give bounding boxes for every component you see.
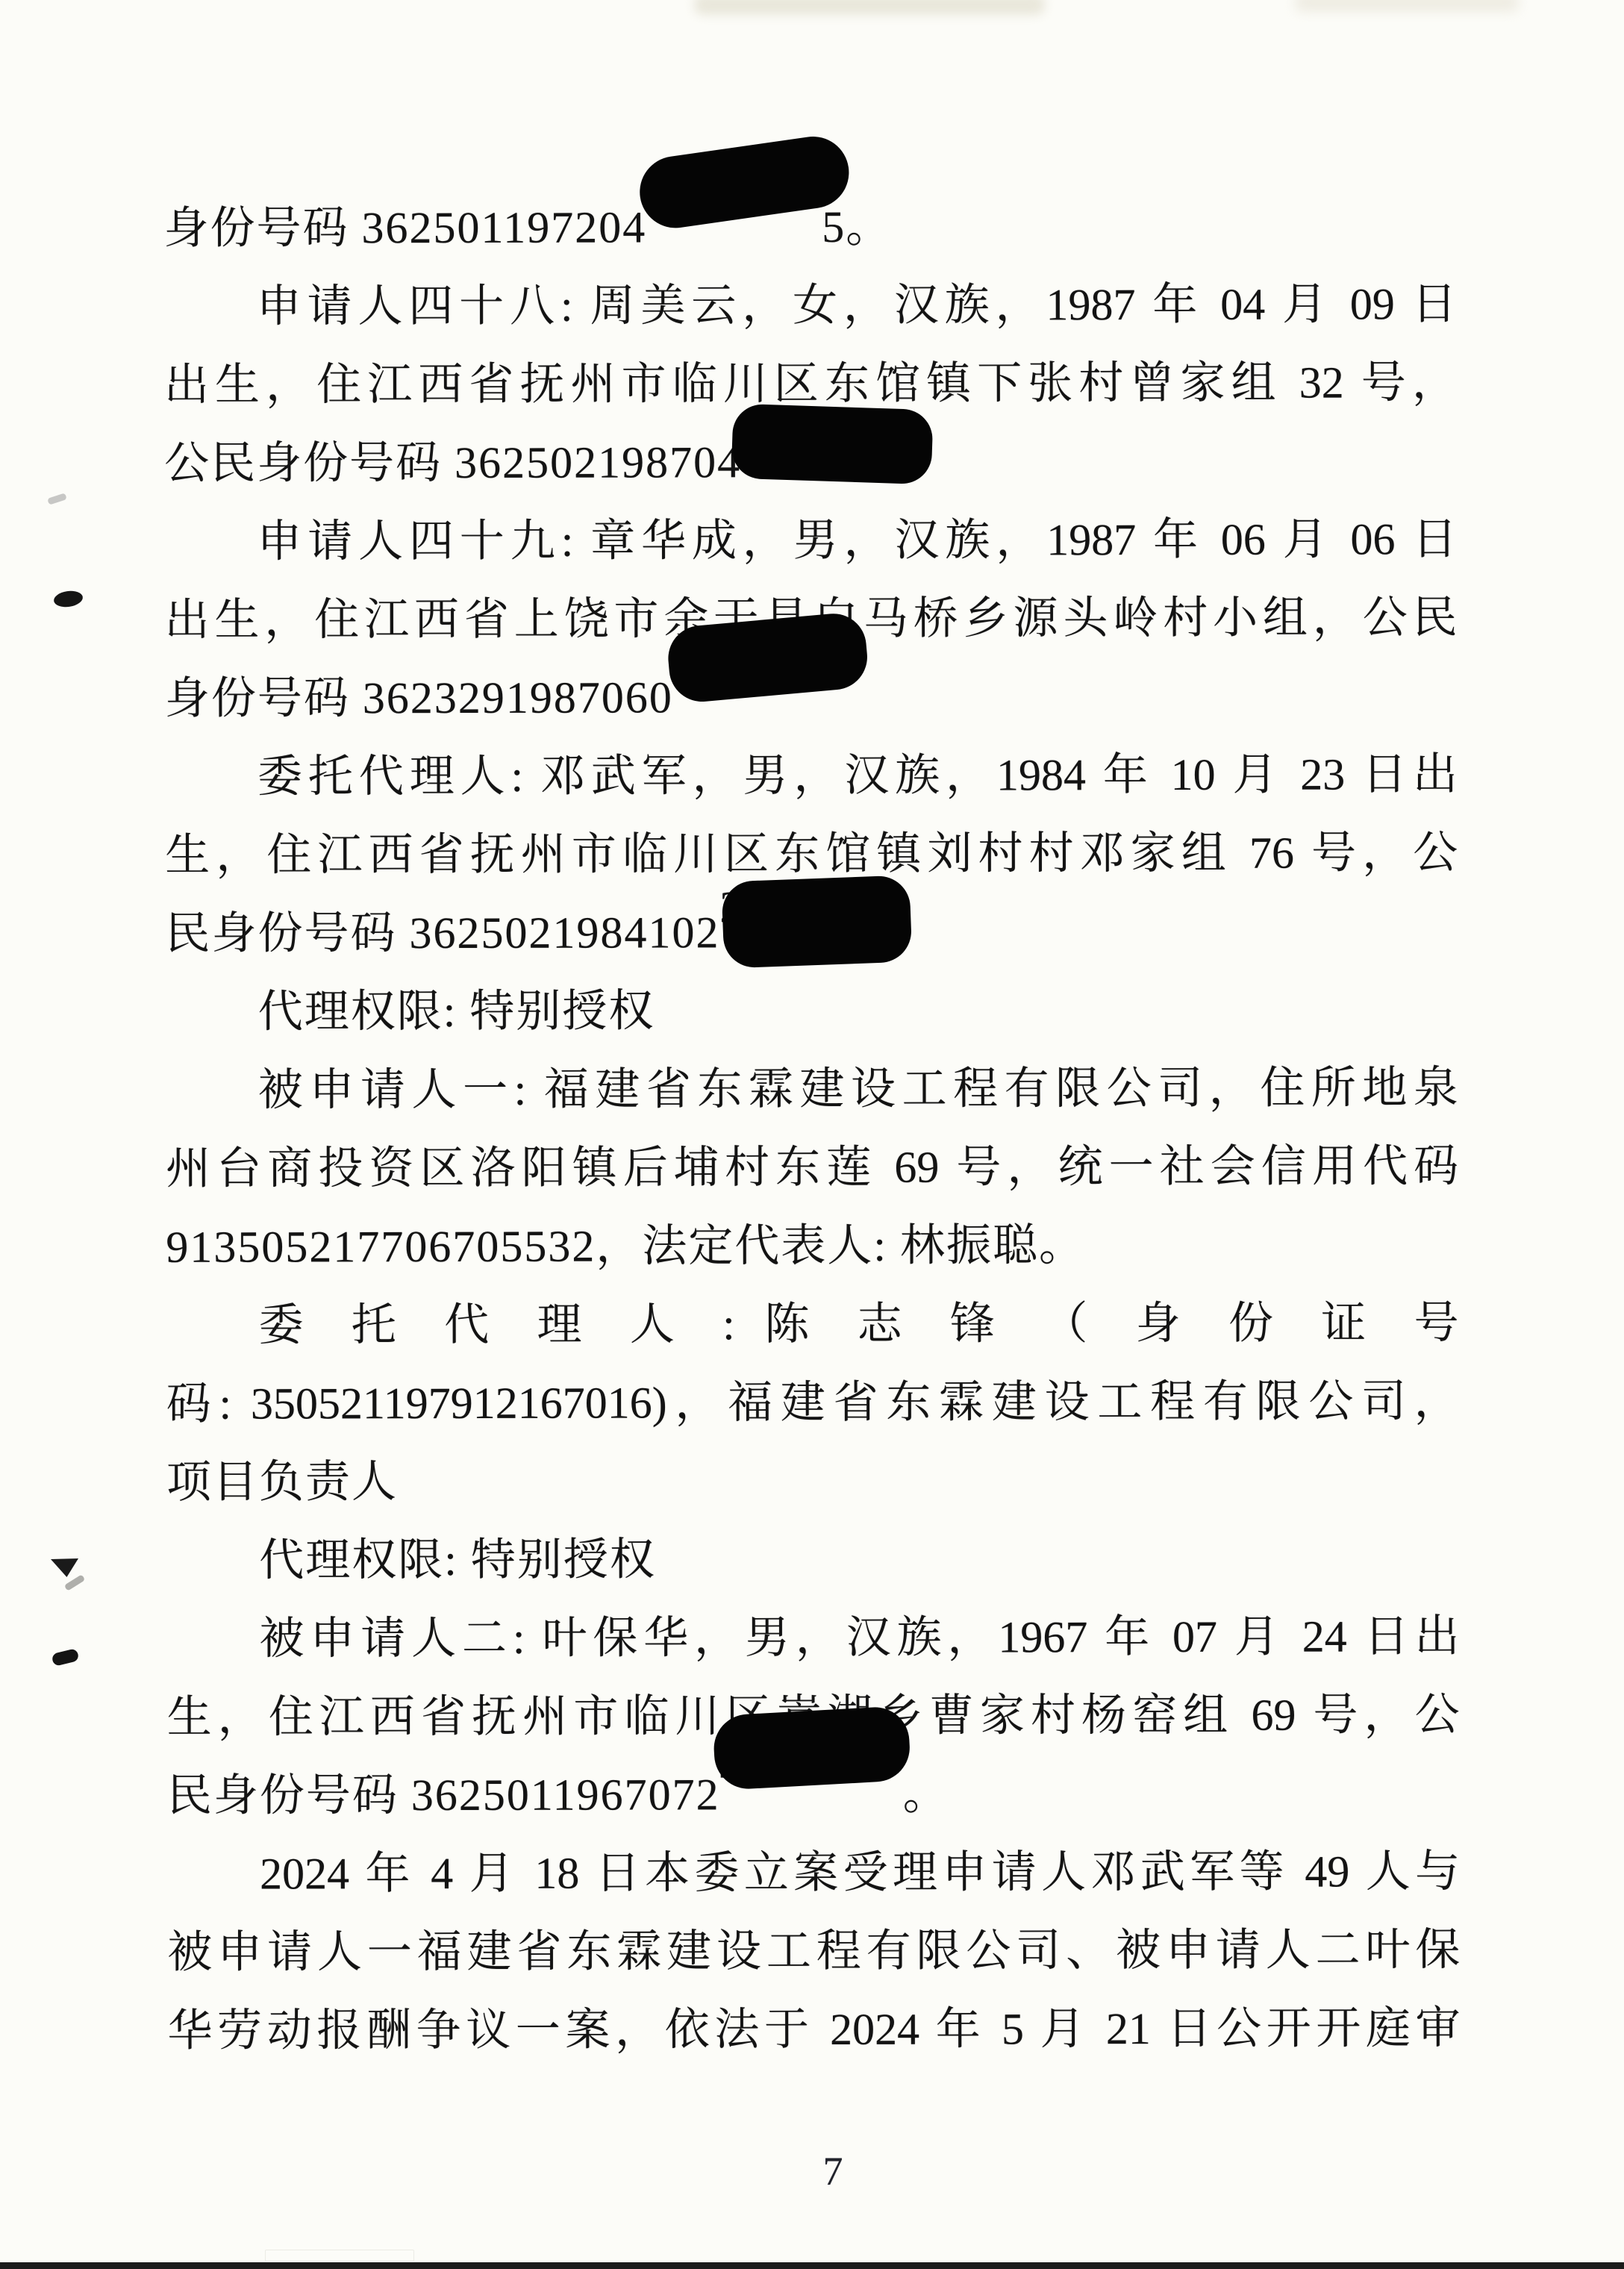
margin-dash-mark [51,1648,79,1667]
text-run: 身份号码 3623291987060 [165,672,673,722]
scan-smudge-top-left [694,0,1045,15]
text-line: 委托代理人: 邓武军，男，汉族，1984 年 10 月 23 日出 [165,735,1458,817]
margin-tick-mark [47,493,67,505]
text-run: 委 托 代 理 人 : 陈 志 锋 （ 身 份 证 号 [258,1298,1458,1349]
text-run: 被申请人一福建省东霖建设工程有限公司、被申请人二叶保 [167,1925,1460,1977]
text-run: 2024 年 4 月 18 日本委立案受理申请人邓武军等 49 人与 [260,1847,1460,1898]
text-line: 民身份号码 3625021984102236412 [165,892,1458,973]
redacted-id-digits: 236412 [719,902,906,948]
text-run: 被申请人二: 叶保华，男，汉族，1967 年 07 月 24 日出 [259,1611,1459,1663]
text-run: 被申请人一: 福建省东霖建设工程有限公司，住所地泉 [258,1063,1458,1114]
text-run: 身份号码 362501197204 [163,202,646,252]
text-run: 。 [903,1770,949,1819]
text-line: 身份号码 36232919870606 [165,657,1458,738]
margin-check-mark [51,1558,78,1577]
text-run: 913505217706705532，法定代表人: 林振聪。 [166,1220,1085,1272]
scan-edge-strip [0,2262,1624,2269]
text-run: 代理权限: 特别授权 [259,1535,656,1585]
page-number: 7 [0,2148,1624,2194]
text-run: 民身份号码 3625021984102 [165,908,719,958]
text-line: 公民身份号码 362502198704006407 [164,422,1457,503]
redacted-id-digits: 111 [646,197,822,242]
text-run: 公民身份号码 362502198704 [164,437,741,488]
text-run: 华劳动报酬争议一案，依法于 2024 年 5 月 21 日公开开庭审 [167,2003,1460,2056]
margin-dot-mark [53,589,84,608]
text-run: 申请人四十九: 章华成，男，汉族，1987 年 06 月 06 日 [257,514,1457,566]
redacted-id-digits: 43002 [720,1764,903,1810]
text-run: 项目负责人 [166,1457,398,1507]
text-run: 代理权限: 特别授权 [258,986,655,1036]
text-line: 身份号码 3625011972041115。 [163,187,1456,268]
text-line: 华劳动报酬争议一案，依法于 2024 年 5 月 21 日公开开庭审 [167,1989,1460,2070]
redaction-mark [731,404,934,485]
text-line: 委 托 代 理 人 : 陈 志 锋 （ 身 份 证 号 [166,1284,1458,1365]
redaction-mark [635,132,854,233]
text-line: 项目负责人 [166,1441,1459,1522]
text-line: 申请人四十九: 章华成，男，汉族，1987 年 06 月 06 日 [164,500,1457,581]
text-line: 州台商投资区洛阳镇后埔村东莲 69 号，统一社会信用代码 [166,1127,1458,1208]
text-run: 申请人四十八: 周美云，女，汉族，1987 年 04 月 09 日 [257,279,1457,331]
text-line: 2024 年 4 月 18 日本委立案受理申请人邓武军等 49 人与 [167,1832,1460,1914]
text-run: 委托代理人: 邓武军，男，汉族，1984 年 10 月 23 日出 [257,749,1458,801]
text-line: 被申请人一: 福建省东霖建设工程有限公司，住所地泉 [166,1049,1458,1130]
redacted-id-digits: 006407 [741,432,931,478]
scan-ghost-box [265,2250,414,2262]
redaction-mark [712,1705,911,1791]
text-block: 身份号码 3625011972041115。申请人四十八: 周美云，女，汉族，1… [163,187,1460,2070]
text-line: 913505217706705532，法定代表人: 林振聪。 [166,1205,1458,1287]
document-page: 身份号码 3625011972041115。申请人四十八: 周美云，女，汉族，1… [0,0,1624,2269]
redaction-mark [721,875,912,968]
text-line: 码: 350521197912167016)，福建省东霖建设工程有限公司， [166,1362,1459,1444]
text-run: 州台商投资区洛阳镇后埔村东莲 69 号，统一社会信用代码 [166,1141,1458,1193]
scan-smudge-top-right [1295,0,1519,12]
margin-slash-mark [64,1574,86,1591]
text-run: 码: 350521197912167016)，福建省东霖建设工程有限公司， [166,1376,1459,1429]
text-run: 5。 [822,202,892,252]
text-line: 被申请人一福建省东霖建设工程有限公司、被申请人二叶保 [167,1911,1460,1992]
text-run: 民身份号码 3625011967072 [167,1770,720,1820]
text-line: 民身份号码 362501196707243002。 [167,1754,1460,1835]
text-line: 被申请人二: 叶保华，男，汉族，1967 年 07 月 24 日出 [166,1597,1459,1679]
text-line: 申请人四十八: 周美云，女，汉族，1987 年 04 月 09 日 [164,265,1457,346]
text-line: 代理权限: 特别授权 [166,1519,1459,1600]
redacted-id-digits: 6 [673,667,860,713]
text-line: 代理权限: 特别授权 [166,970,1458,1052]
